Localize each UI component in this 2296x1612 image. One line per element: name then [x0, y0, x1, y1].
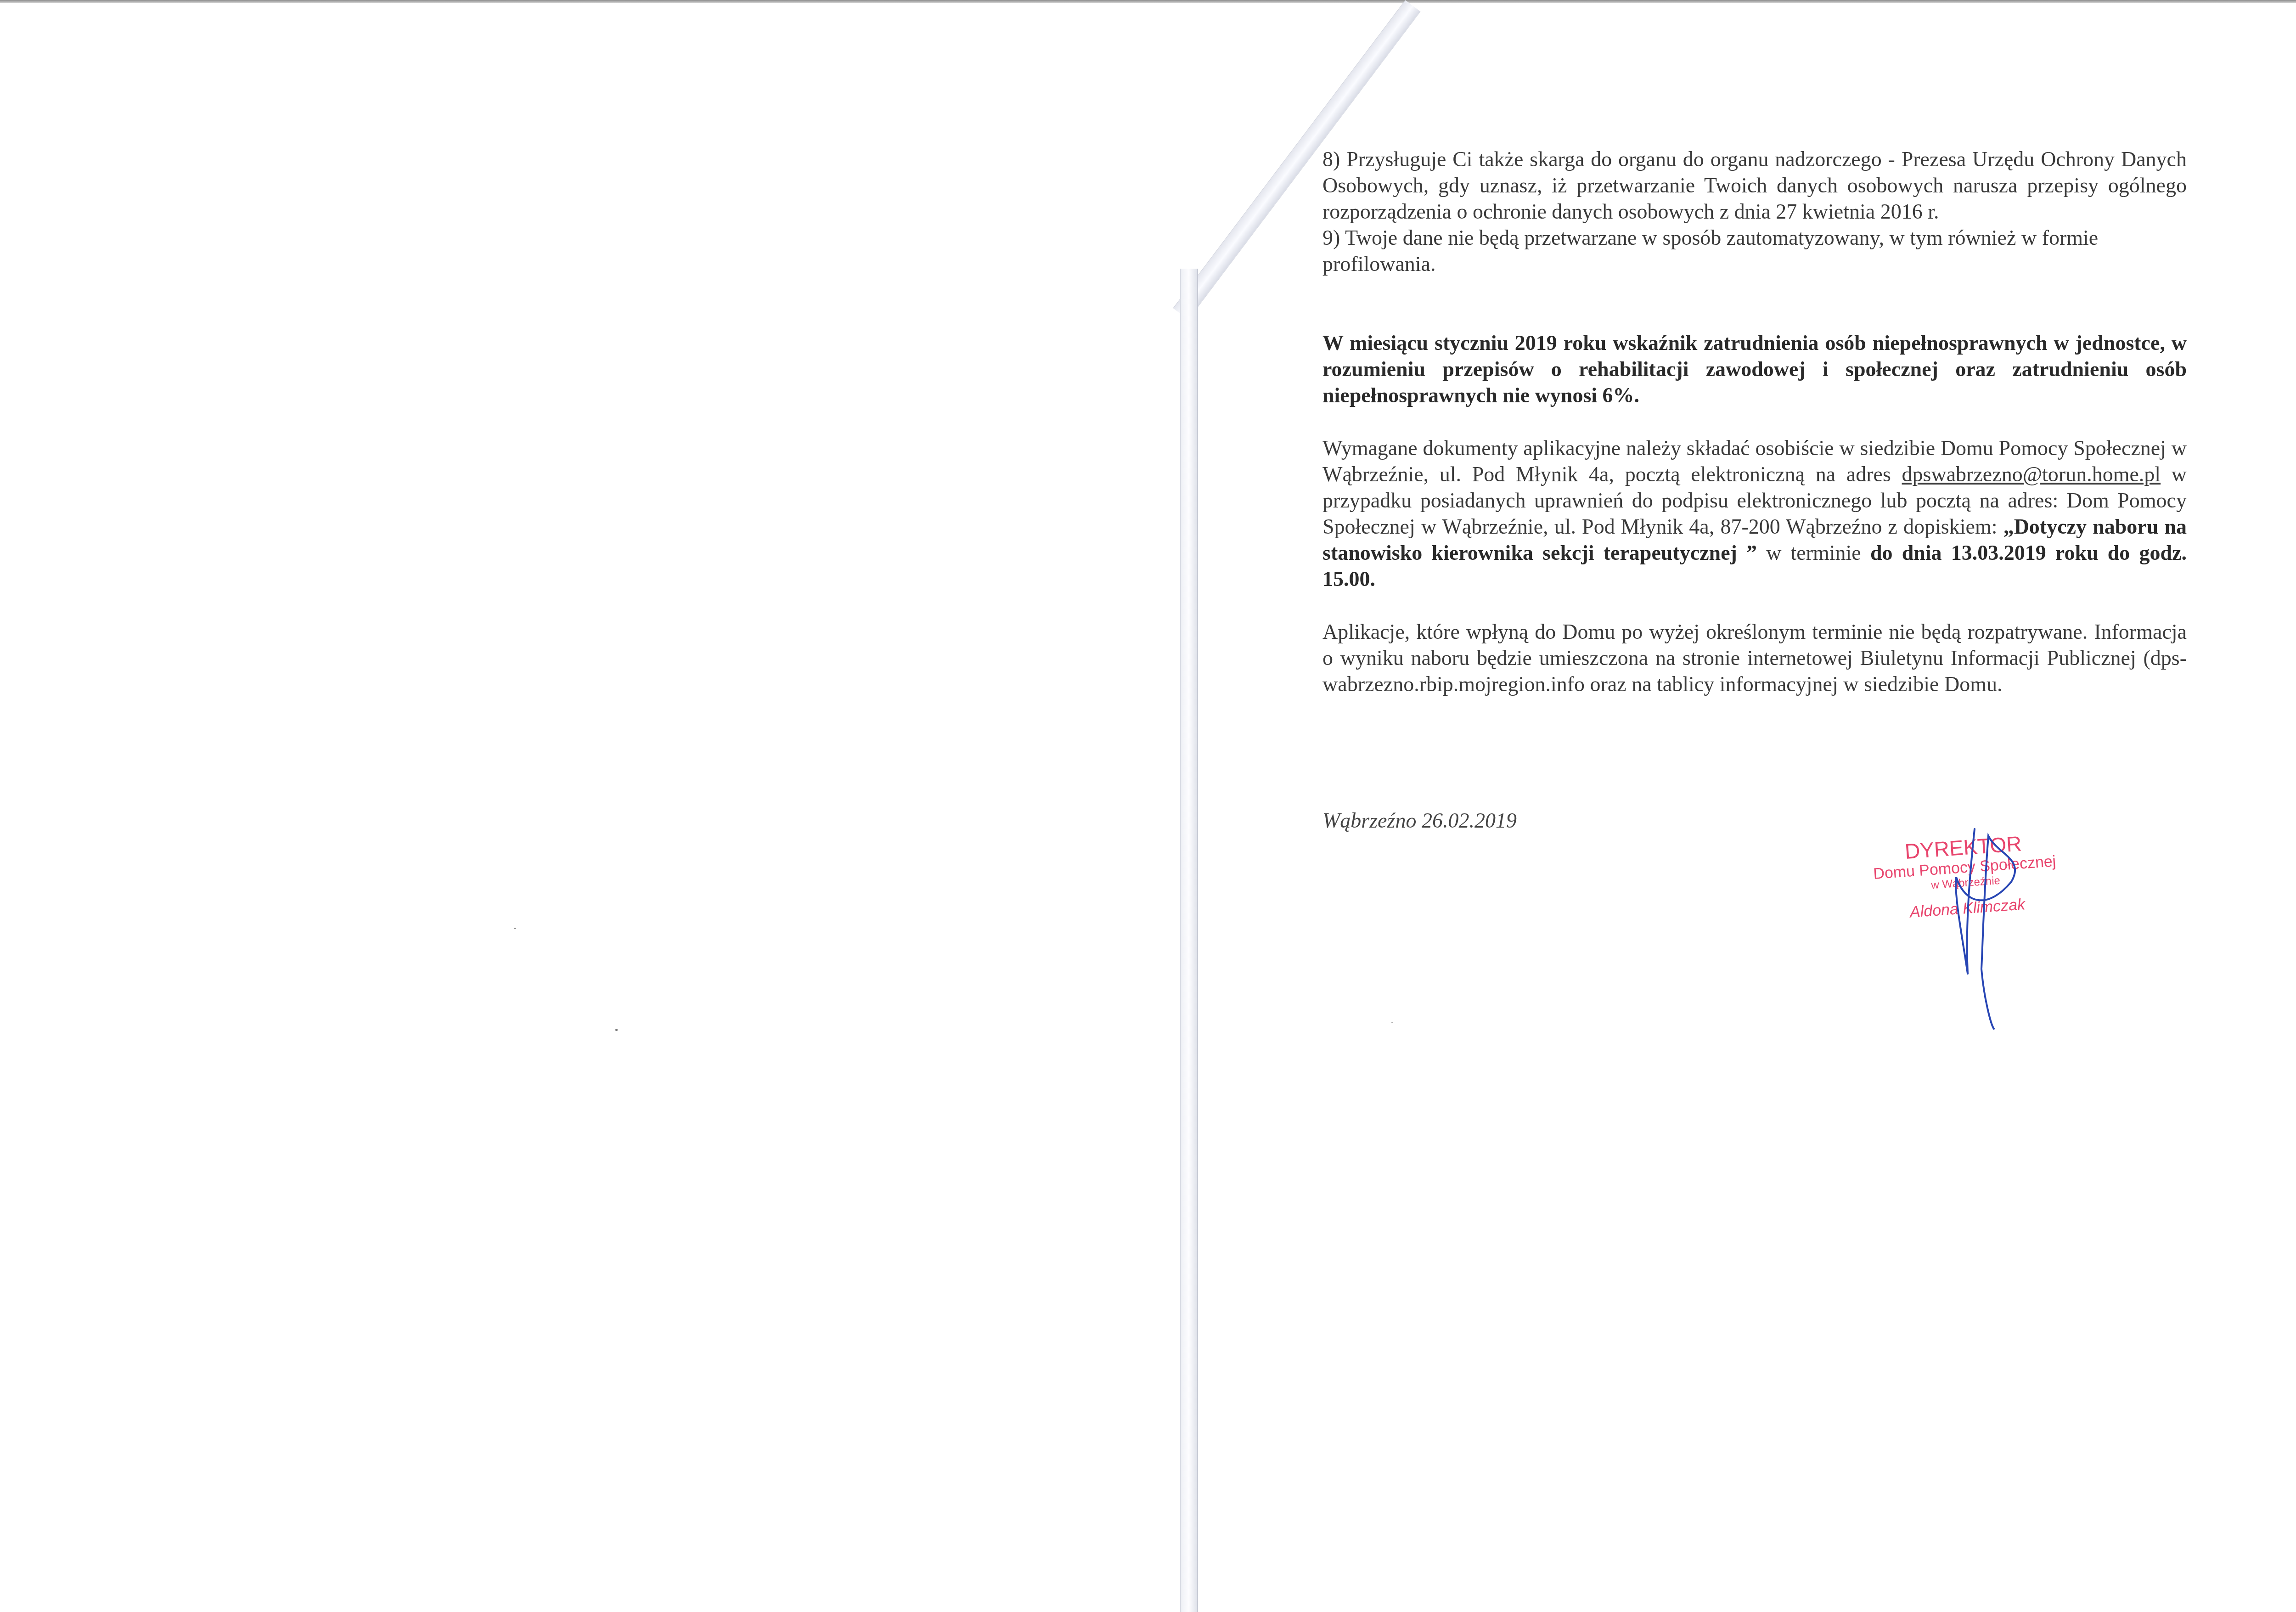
- handwritten-signature: [1860, 804, 2181, 1033]
- late-applications-paragraph: Aplikacje, które wpłyną do Domu po wyżej…: [1322, 619, 2187, 697]
- paragraph-8: 8) Przysługuje Ci także skarga do organu…: [1322, 146, 2187, 225]
- paragraph-9: 9) Twoje dane nie będą przetwarzane w sp…: [1322, 225, 2187, 277]
- submission-text-3: w terminie: [1757, 541, 1870, 564]
- scan-speck: [514, 928, 516, 929]
- place-date: Wąbrzeźno 26.02.2019: [1322, 808, 1517, 833]
- submission-paragraph: Wymagane dokumenty aplikacyjne należy sk…: [1322, 435, 2187, 592]
- email-link[interactable]: dpswabrzezno@torun.home.pl: [1902, 462, 2161, 486]
- page-fold-vertical: [1180, 269, 1198, 1612]
- employment-notice: W miesiącu styczniu 2019 roku wskaźnik z…: [1322, 330, 2187, 408]
- scan-speck: [1391, 1022, 1393, 1023]
- scan-speck: [615, 1029, 618, 1031]
- document-body: 8) Przysługuje Ci także skarga do organu…: [1322, 146, 2187, 697]
- scan-top-edge: [0, 0, 2296, 3]
